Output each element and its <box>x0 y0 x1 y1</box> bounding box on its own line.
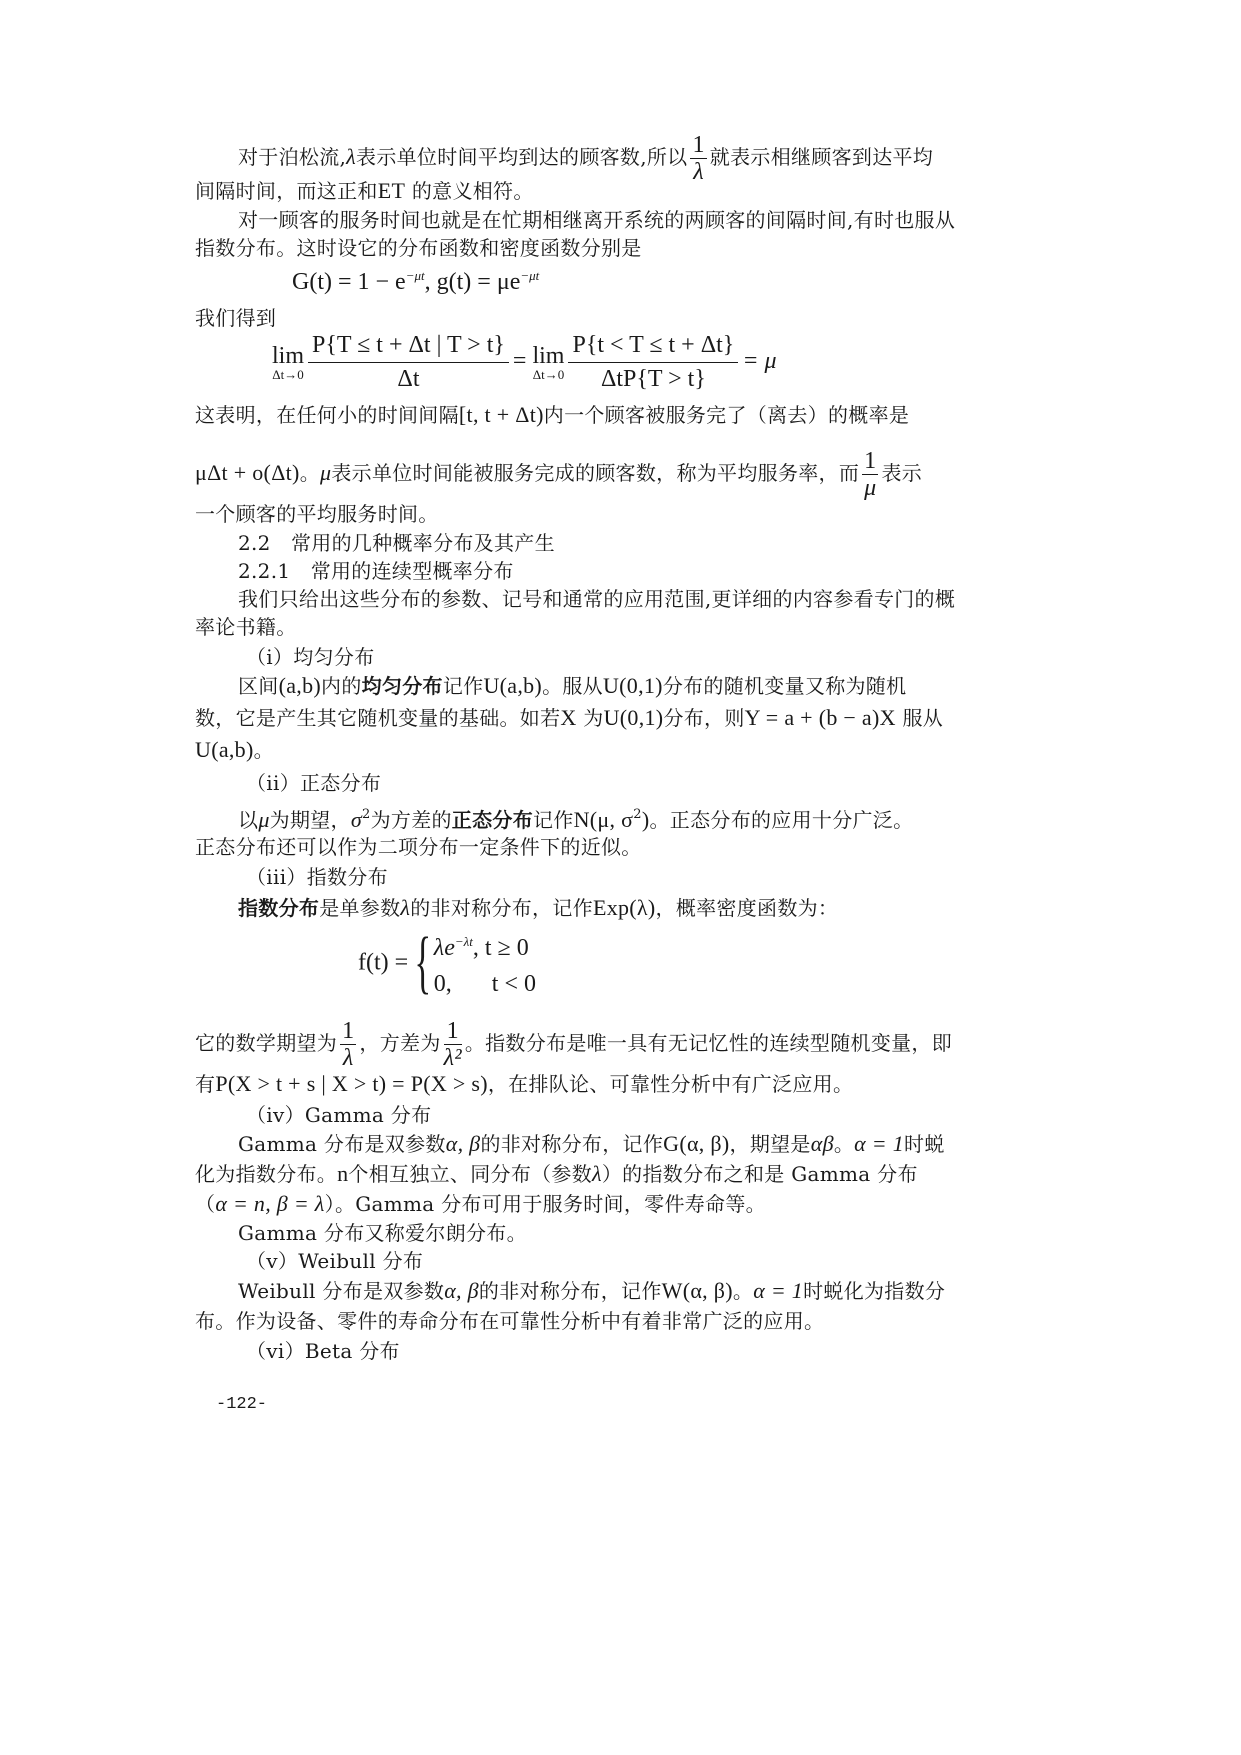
text: 。正态分布的应用十分广泛。 <box>650 808 914 832</box>
equals: = <box>513 348 527 374</box>
text: 记作 <box>533 808 574 832</box>
math-interval: (a,b) <box>279 673 321 698</box>
text: 记作 <box>443 674 484 698</box>
text: ，期望是 <box>730 1132 811 1156</box>
math-X: X <box>560 705 576 730</box>
paragraph-exponential-line3: 有P(X > t + s | X > t) = P(X > s)，在排队论、可靠… <box>195 1071 853 1097</box>
fraction-one-over-mu: 1μ <box>862 448 878 501</box>
text: ，概率密度函数为： <box>656 896 839 920</box>
case-1: λe−λt, t ≥ 0 <box>434 924 536 966</box>
text: ，在排队论、可靠性分析中有广泛应用。 <box>488 1072 853 1096</box>
text: 间隔时间，而这正和 <box>195 179 378 203</box>
text: 的非对称分布，记作 <box>480 1132 663 1156</box>
text: 时蜕 <box>904 1132 945 1156</box>
text: ）的指数分布之和是 Gamma 分布 <box>602 1162 918 1186</box>
text: 分布的随机变量又称为随机 <box>663 674 907 698</box>
paragraph-service-line2: 指数分布。这时设它的分布函数和密度函数分别是 <box>195 235 642 261</box>
text: 它的数学期望为 <box>195 1031 337 1055</box>
numerator: 1 <box>690 132 706 159</box>
bold-term: 正态分布 <box>452 808 533 832</box>
text: 的非对称分布，记作 <box>479 1279 662 1303</box>
exponent: −μt <box>520 268 539 283</box>
denominator: Δt <box>308 363 509 395</box>
text: 就表示相继顾客到达平均 <box>710 145 933 169</box>
text: 对于泊松流, <box>238 145 346 169</box>
math-alpha-beta: α, β <box>446 1131 481 1156</box>
text: 表示单位时间平均到达的顾客数,所以 <box>356 145 687 169</box>
text: 内的 <box>321 674 362 698</box>
math-alpha-1: α = 1 <box>854 1131 904 1156</box>
paragraph-normal-line2: 正态分布还可以作为二项分布一定条件下的近似。 <box>195 834 642 860</box>
case-cond: t < 0 <box>492 971 536 997</box>
math-alpha-1: α = 1 <box>753 1278 803 1303</box>
text: 。指数分布是唯一具有无记忆性的连续型随机变量，即 <box>465 1031 952 1055</box>
text: 分布，则 <box>663 706 744 730</box>
numerator: P{T ≤ t + Δt | T > t} <box>308 330 509 363</box>
text: 为方差的 <box>371 808 452 832</box>
text: 的非对称分布，记作 <box>410 896 593 920</box>
subheading-gamma: （iv）Gamma 分布 <box>246 1102 431 1128</box>
paragraph-indicates-line1: 这表明，在任何小的时间间隔[t, t + Δt)内一个顾客被服务完了（离去）的概… <box>195 402 909 428</box>
denominator: ΔtP{T > t} <box>568 363 738 395</box>
paragraph-weibull-line1: Weibull 分布是双参数α, β的非对称分布，记作W(α, β)。α = 1… <box>238 1278 945 1304</box>
text: 是单参数 <box>319 896 400 920</box>
paragraph-indicates-line2: μΔt + o(Δt)。μ表示单位时间能被服务完成的顾客数，称为平均服务率，而1… <box>195 448 922 501</box>
subheading-uniform: （i）均匀分布 <box>246 644 375 670</box>
pdf-lhs: f(t) = <box>358 950 408 976</box>
text: 为 <box>583 706 603 730</box>
math-ET: ET <box>378 178 405 203</box>
math-n: n <box>337 1161 348 1186</box>
paragraph-exponential-line2: 它的数学期望为1λ，方差为1λ²。指数分布是唯一具有无记忆性的连续型随机变量，即 <box>195 1018 952 1071</box>
paragraph-gamma-line1: Gamma 分布是双参数α, β的非对称分布，记作G(α, β)，期望是αβ。α… <box>238 1131 945 1157</box>
math-U-ab: U(a,b) <box>195 737 254 762</box>
exponent: −λt <box>455 934 473 949</box>
subheading-normal: （ii）正态分布 <box>246 770 381 796</box>
text: ）。Gamma 分布可用于服务时间，零件寿命等。 <box>325 1192 766 1216</box>
fraction: P{T ≤ t + Δt | T > t}Δt <box>308 330 509 395</box>
case-expr: 0, <box>434 971 452 997</box>
math-g: g(t) = μe <box>437 269 521 295</box>
equation-distribution-density: G(t) = 1 − e−μt, g(t) = μe−μt <box>292 268 539 296</box>
text: 表示 <box>881 461 922 485</box>
paragraph-we-get: 我们得到 <box>195 305 276 331</box>
lim-sub: Δt→0 <box>272 368 304 382</box>
math-lambda: λ <box>400 895 410 920</box>
paragraph-gamma-line2: 化为指数分布。n个相互独立、同分布（参数λ）的指数分布之和是 Gamma 分布 <box>195 1161 918 1187</box>
section-heading-2-2-1: 2.2.1 常用的连续型概率分布 <box>238 558 514 584</box>
math-memoryless: P(X > t + s | X > t) = P(X > s) <box>215 1071 488 1096</box>
math-lambda: λ <box>346 144 356 169</box>
math-gamma-params: α = n, β = λ <box>215 1191 324 1216</box>
lim-sub: Δt→0 <box>532 368 564 382</box>
equation-exponential-pdf: f(t) ={λe−λt, t ≥ 00,t < 0 <box>358 924 536 1002</box>
equation-limit: limΔt→0P{T ≤ t + Δt | T > t}Δt= limΔt→0P… <box>272 330 777 395</box>
paragraph-normal-line1: 以μ为期望，σ2为方差的正态分布记作N(μ, σ2)。正态分布的应用十分广泛。 <box>238 802 913 833</box>
case-cond: , t ≥ 0 <box>473 935 529 961</box>
bold-term: 均匀分布 <box>362 674 443 698</box>
text: 以 <box>238 808 258 832</box>
paragraph-uniform-line2: 数，它是产生其它随机变量的基础。如若X 为U(0,1)分布，则Y = a + (… <box>195 705 943 731</box>
text: 。 <box>254 738 274 762</box>
math-mu-dt: μΔt + o(Δt) <box>195 460 300 485</box>
exponent: 2 <box>633 807 642 822</box>
lim: lim <box>532 344 564 368</box>
paragraph-gamma-line3: （α = n, β = λ）。Gamma 分布可用于服务时间，零件寿命等。 <box>195 1191 766 1217</box>
math-U-ab: U(a,b) <box>483 673 542 698</box>
limit-operator: limΔt→0 <box>272 344 304 382</box>
denominator: λ² <box>444 1045 462 1071</box>
document-page: 对于泊松流,λ表示单位时间平均到达的顾客数,所以1λ就表示相继顾客到达平均 间隔… <box>0 0 1241 1755</box>
bold-term: 指数分布 <box>238 896 319 920</box>
paragraph-indicates-line3: 一个顾客的平均服务时间。 <box>195 501 439 527</box>
cases: λe−λt, t ≥ 00,t < 0 <box>434 924 536 1002</box>
numerator: P{t < T ≤ t + Δt} <box>568 330 738 363</box>
math-alpha-beta-product: αβ <box>811 1131 834 1156</box>
math-alpha-beta: α, β <box>444 1278 479 1303</box>
text: （ <box>195 1192 215 1216</box>
numerator: 1 <box>444 1018 462 1045</box>
fraction: P{t < T ≤ t + Δt}ΔtP{T > t} <box>568 330 738 395</box>
text: 。服从 <box>542 674 603 698</box>
exponent: −μt <box>406 268 425 283</box>
math-paren: ) <box>642 807 650 832</box>
numerator: 1 <box>340 1018 356 1045</box>
text: 的意义相符。 <box>412 179 534 203</box>
paragraph-intro-line2: 率论书籍。 <box>195 614 297 640</box>
result: = μ <box>742 348 776 374</box>
paragraph-weibull-line2: 布。作为设备、零件的寿命分布在可靠性分析中有着非常广泛的应用。 <box>195 1308 824 1334</box>
fraction-mean: 1λ <box>340 1018 356 1071</box>
text: Weibull 分布是双参数 <box>238 1279 444 1303</box>
text: 内一个顾客被服务完了（离去）的概率是 <box>544 403 909 427</box>
paragraph-exponential-line1: 指数分布是单参数λ的非对称分布，记作Exp(λ)，概率密度函数为： <box>238 895 838 921</box>
lim: lim <box>272 344 304 368</box>
math-G: G(t) = 1 − e <box>292 269 406 295</box>
paragraph-uniform-line3: U(a,b)。 <box>195 737 274 763</box>
numerator: 1 <box>862 448 878 475</box>
denominator: μ <box>862 475 878 501</box>
math-G: G(α, β) <box>663 1131 729 1156</box>
text: 服从 <box>902 706 943 730</box>
paragraph-uniform-line1: 区间(a,b)内的均匀分布记作U(a,b)。服从U(0,1)分布的随机变量又称为… <box>238 673 906 699</box>
subheading-exponential: （iii）指数分布 <box>246 864 388 890</box>
case-expr: λe <box>434 935 455 961</box>
text: 。 <box>300 461 320 485</box>
text: 这表明，在任何小的时间间隔 <box>195 403 459 427</box>
paragraph-poisson-line2: 间隔时间，而这正和ET 的意义相符。 <box>195 178 534 204</box>
math-U-01: U(0,1) <box>603 673 663 698</box>
denominator: λ <box>690 159 706 185</box>
exponent: 2 <box>362 807 371 822</box>
text: 数，它是产生其它随机变量的基础。如若 <box>195 706 560 730</box>
page-number: -122- <box>216 1395 267 1414</box>
subheading-weibull: （v）Weibull 分布 <box>246 1248 423 1274</box>
text: 为期望， <box>270 808 351 832</box>
subheading-beta: （vi）Beta 分布 <box>246 1338 400 1364</box>
separator: , <box>425 269 437 295</box>
math-mu: μ <box>258 807 269 832</box>
paragraph-service-line1: 对一顾客的服务时间也就是在忙期相继离开系统的两顾客的间隔时间,有时也服从 <box>238 207 955 233</box>
math-mu: μ <box>320 460 331 485</box>
text: ，方差为 <box>359 1031 440 1055</box>
fraction-one-over-lambda: 1λ <box>690 132 706 185</box>
brace: { <box>415 928 432 998</box>
text: 表示单位时间能被服务完成的顾客数，称为平均服务率，而 <box>331 461 859 485</box>
math-sigma: σ <box>351 807 362 832</box>
math-interval: [t, t + Δt) <box>459 402 544 427</box>
text: 时蜕化为指数分 <box>803 1279 945 1303</box>
math-lambda: λ <box>592 1161 602 1186</box>
text: 。 <box>834 1132 854 1156</box>
text: 。 <box>733 1279 753 1303</box>
text: 化为指数分布。 <box>195 1162 337 1186</box>
text: 区间 <box>238 674 279 698</box>
math-N: N(μ, σ <box>574 807 634 832</box>
limit-operator: limΔt→0 <box>532 344 564 382</box>
paragraph-intro-line1: 我们只给出这些分布的参数、记号和通常的应用范围,更详细的内容参看专门的概 <box>238 586 955 612</box>
paragraph-gamma-line4: Gamma 分布又称爱尔朗分布。 <box>238 1220 527 1246</box>
denominator: λ <box>340 1045 356 1071</box>
text: Gamma 分布是双参数 <box>238 1132 446 1156</box>
fraction-variance: 1λ² <box>444 1018 462 1071</box>
section-heading-2-2: 2.2 常用的几种概率分布及其产生 <box>238 530 555 556</box>
math-U-01: U(0,1) <box>604 705 664 730</box>
math-W: W(α, β) <box>662 1278 733 1303</box>
math-Exp: Exp(λ) <box>593 895 656 920</box>
math-Y: Y = a + (b − a)X <box>745 705 896 730</box>
text: 个相互独立、同分布（参数 <box>348 1162 592 1186</box>
case-2: 0,t < 0 <box>434 966 536 1002</box>
text: 有 <box>195 1072 215 1096</box>
